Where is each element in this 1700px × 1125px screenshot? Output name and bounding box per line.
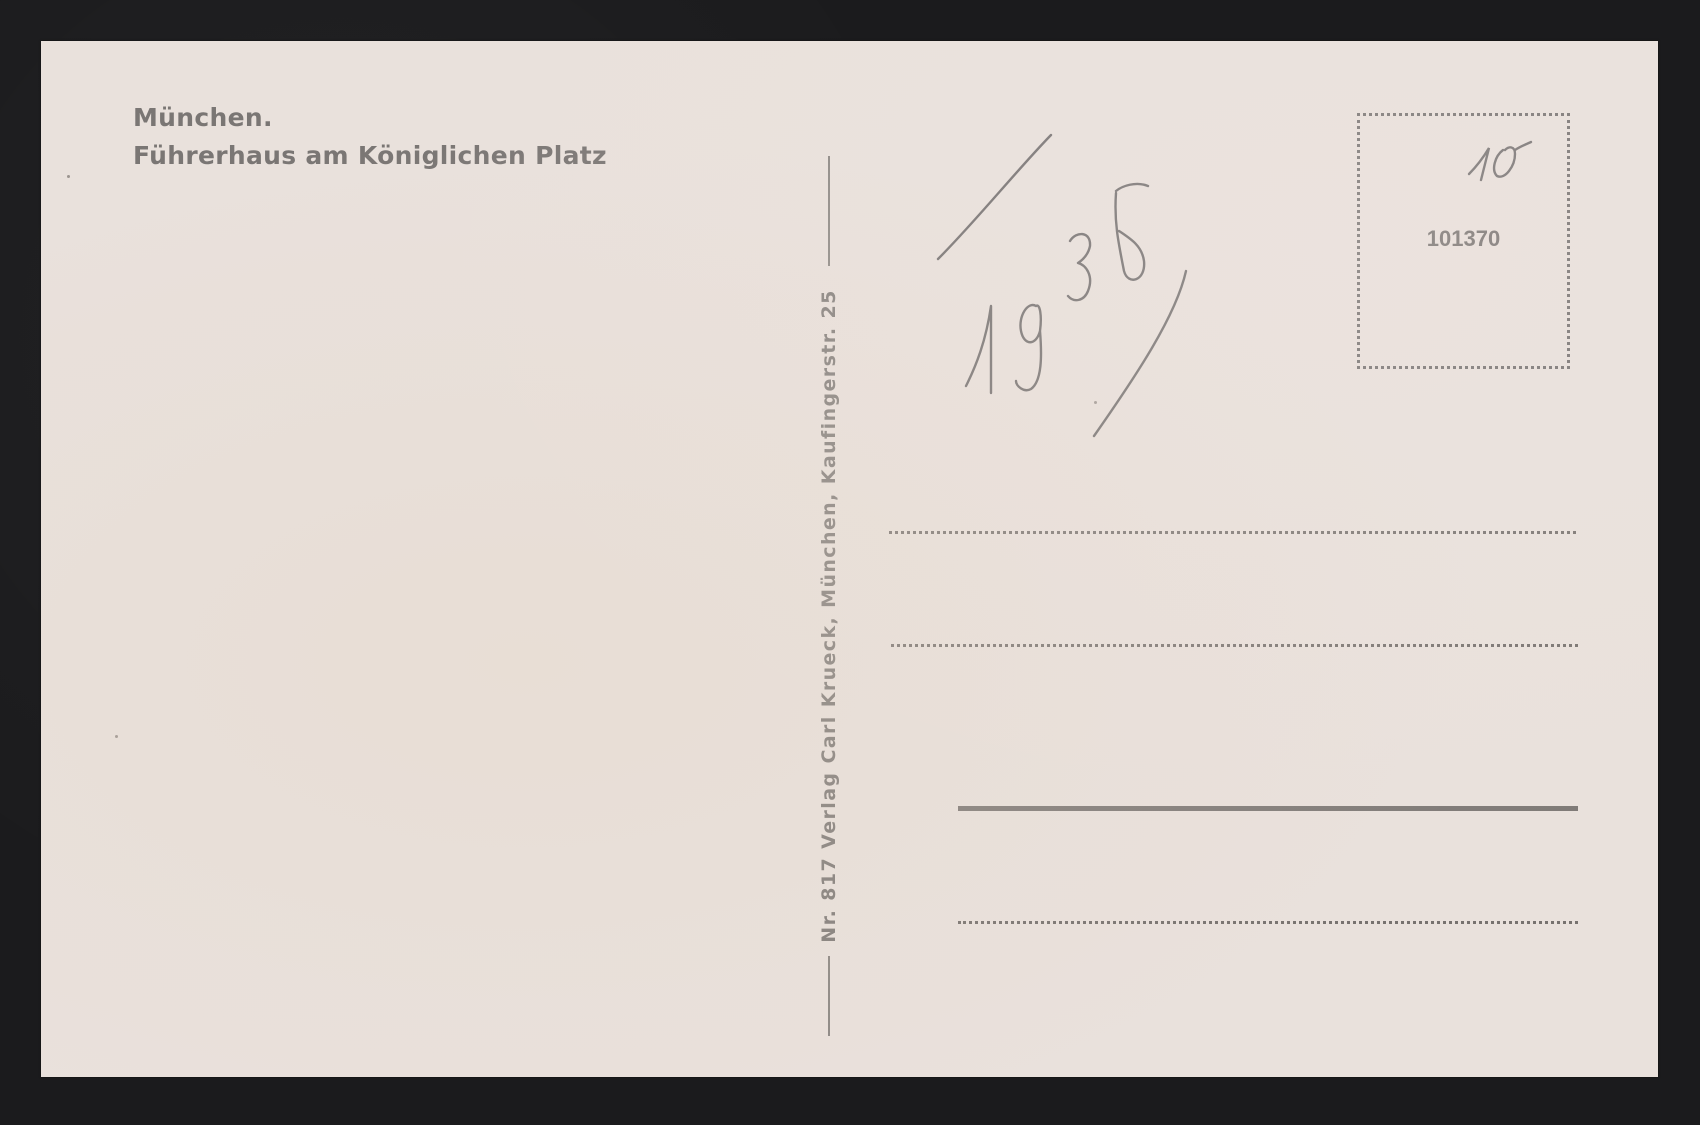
handwritten-year-annotation: 1938	[936, 131, 1276, 471]
address-line-4	[958, 921, 1578, 924]
stamp-serial-number: 101370	[1360, 226, 1567, 252]
caption-title: Führerhaus am Königlichen Platz	[133, 137, 607, 175]
caption-city: München.	[133, 99, 607, 137]
paper-speck	[67, 175, 70, 178]
postcard-caption: München. Führerhaus am Königlichen Platz	[133, 99, 607, 175]
stamp-placeholder-box: 101370	[1357, 113, 1570, 369]
publisher-imprint: Nr. 817 Verlag Carl Krueck, München, Kau…	[818, 289, 840, 942]
handwritten-price	[1465, 136, 1535, 186]
paper-speck	[1094, 401, 1097, 404]
divider-line-top	[828, 156, 830, 266]
address-line-1	[889, 531, 1576, 534]
address-line-2	[891, 644, 1578, 647]
postcard-back: München. Führerhaus am Königlichen Platz…	[41, 41, 1658, 1077]
divider-line-bottom	[828, 956, 830, 1036]
paper-speck	[115, 735, 118, 738]
address-line-3	[958, 806, 1578, 811]
center-divider: Nr. 817 Verlag Carl Krueck, München, Kau…	[811, 156, 847, 1036]
